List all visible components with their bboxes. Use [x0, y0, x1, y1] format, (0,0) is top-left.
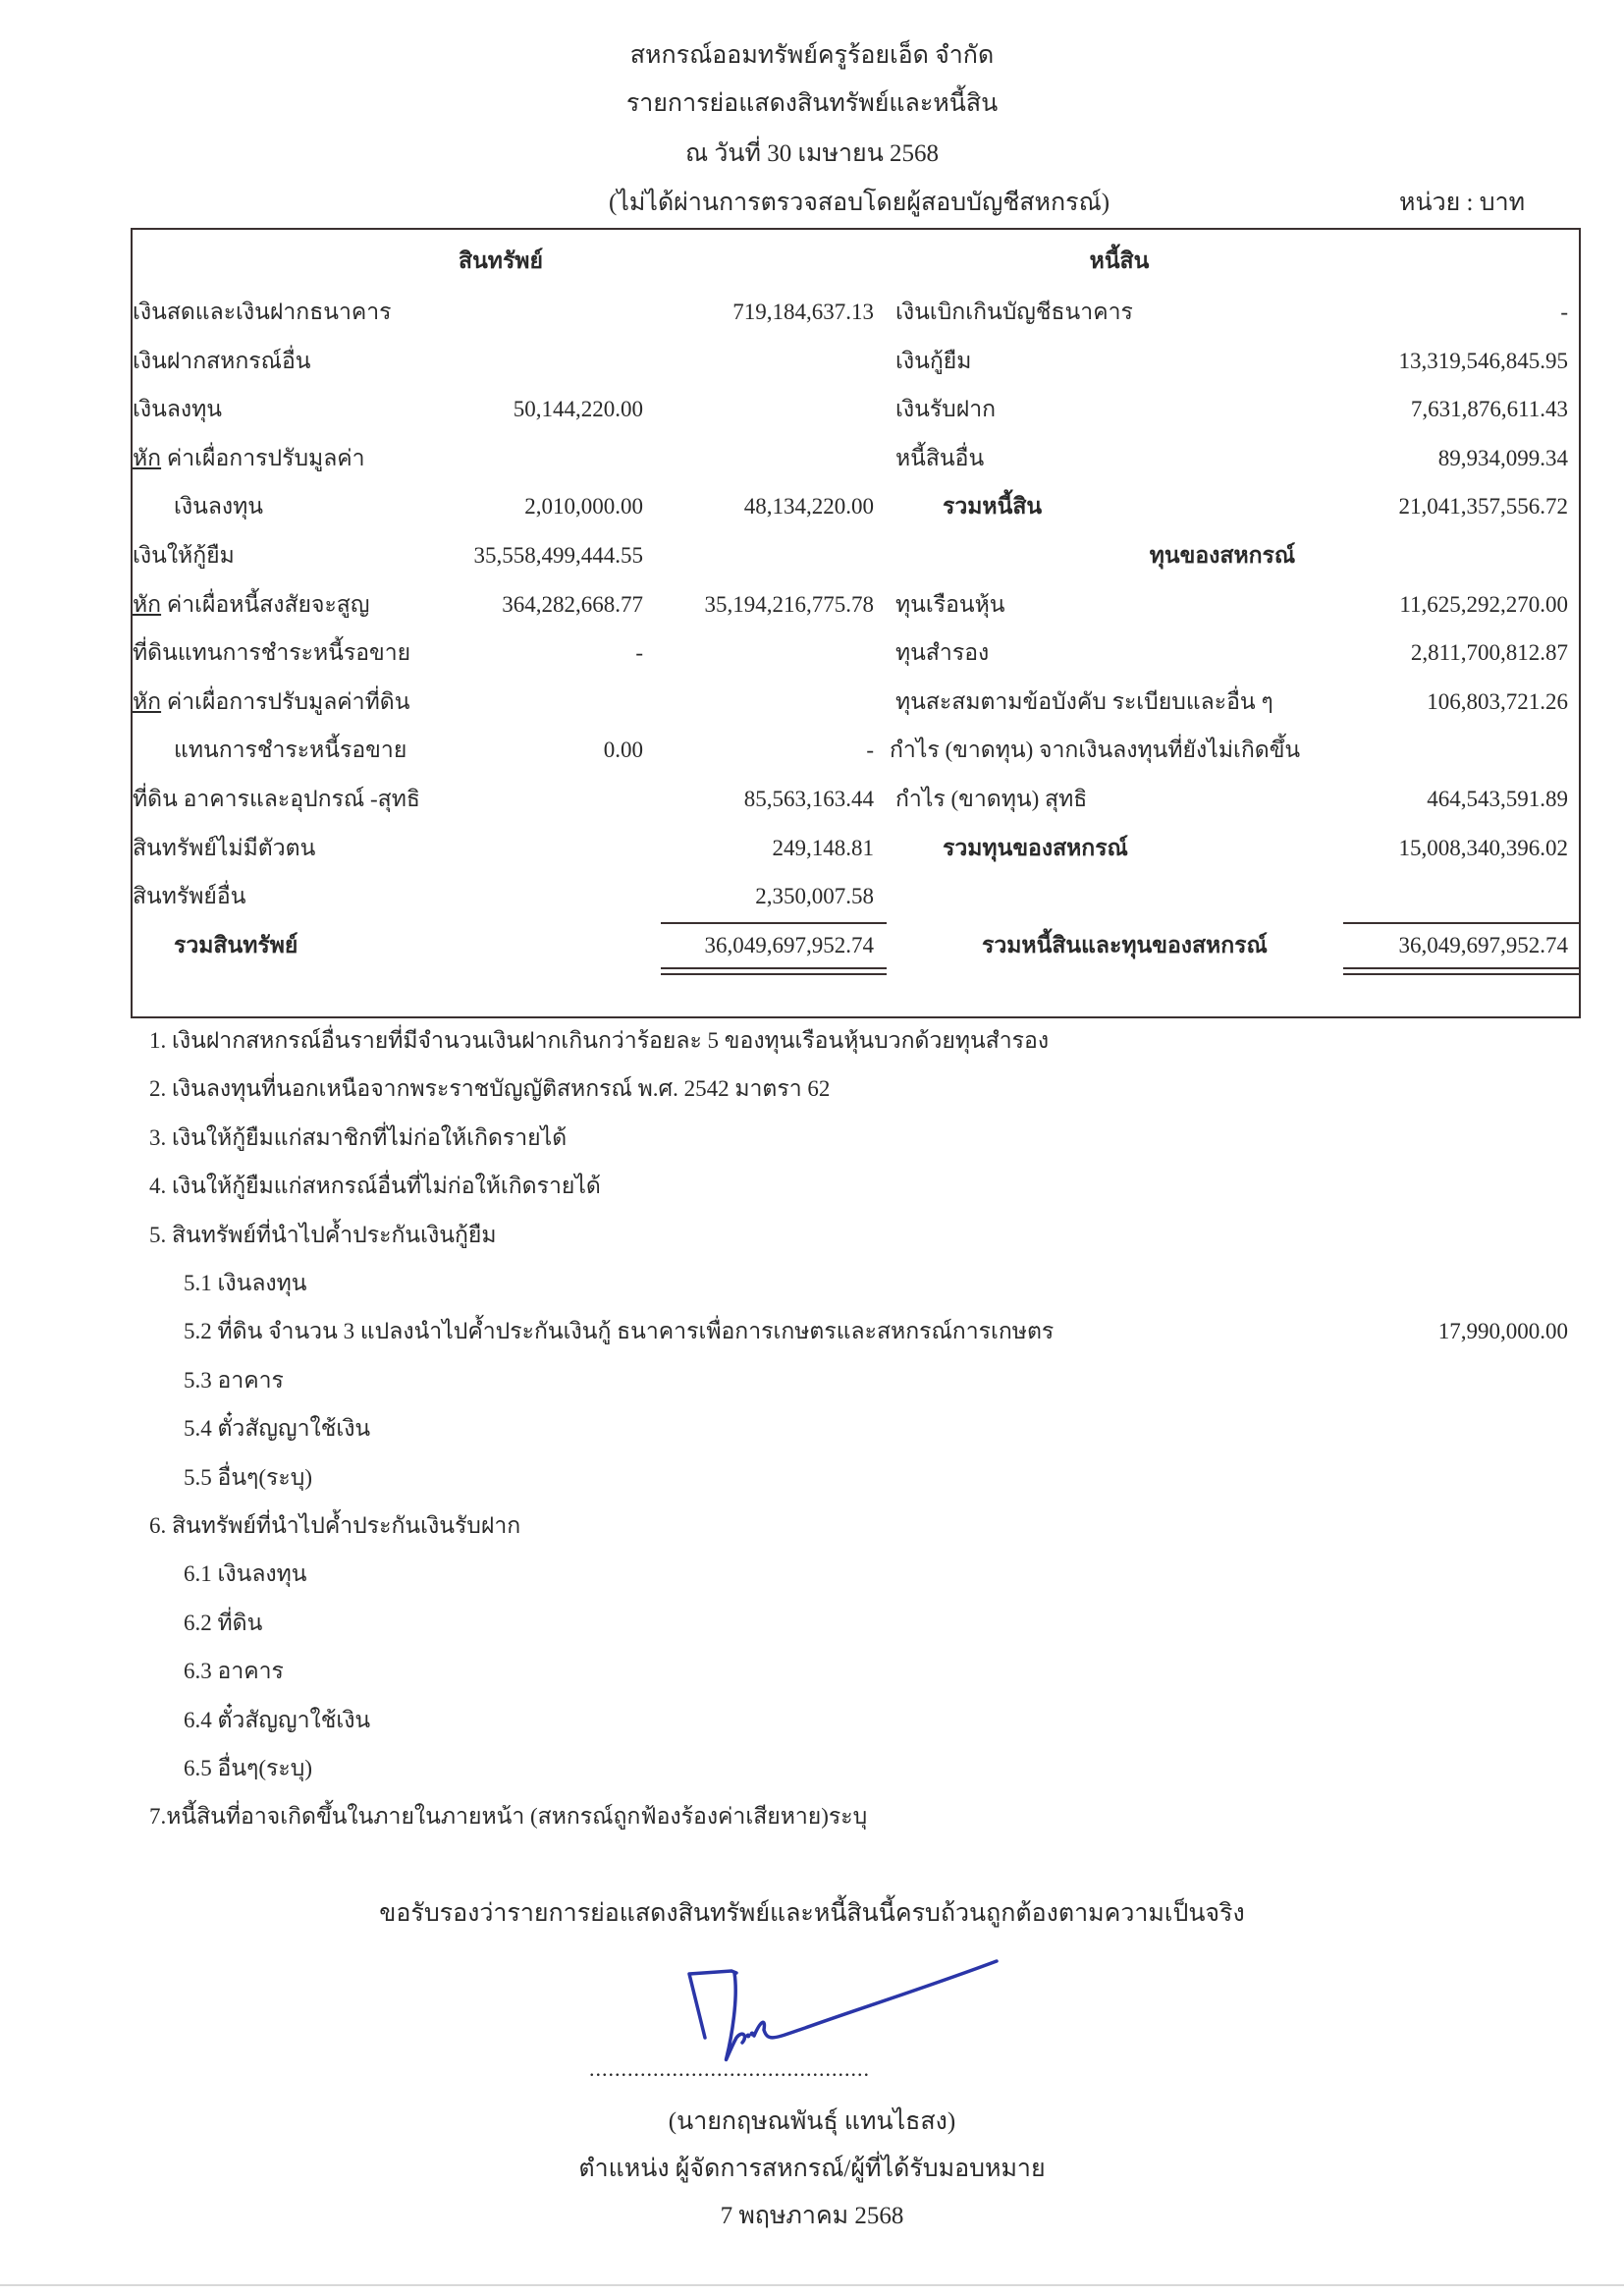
equity-row-value: 11,625,292,270.00 [1273, 591, 1568, 619]
equity-row-label: ทุนสำรอง [895, 639, 989, 667]
asset-col2-value: 85,563,163.44 [619, 786, 874, 813]
asset-row-label: หัก ค่าเผื่อการปรับมูลค่าที่ดิน [133, 688, 409, 716]
report-title: รายการย่อแสดงสินทรัพย์และหนี้สิน [0, 83, 1624, 123]
liabilities-total-label: รวมหนี้สิน [943, 493, 1042, 520]
report-date: ณ วันที่ 30 เมษายน 2568 [0, 134, 1624, 173]
equity-total-label: รวมทุนของสหกรณ์ [943, 835, 1128, 862]
asset-col2-value: 48,134,220.00 [619, 493, 874, 520]
asset-col2-value: 719,184,637.13 [619, 299, 874, 326]
audit-note: (ไม่ได้ผ่านการตรวจสอบโดยผู้สอบบัญชีสหกรณ… [609, 183, 1110, 222]
certification-statement: ขอรับรองว่ารายการย่อแสดงสินทรัพย์และหนี้… [0, 1893, 1624, 1933]
asset-row-label: เงินลงทุน [174, 493, 263, 520]
asset-label-text: แทนการชำระหนี้รอขาย [174, 738, 406, 762]
note-item: 6.5 อื่นๆ(ระบุ) [184, 1755, 312, 1782]
equity-row-value: 464,543,591.89 [1273, 786, 1568, 813]
asset-label-text: ที่ดินแทนการชำระหนี้รอขาย [133, 640, 410, 665]
asset-row-label: สินทรัพย์อื่น [133, 883, 245, 910]
asset-row-label: ที่ดิน อาคารและอุปกรณ์ -สุทธิ [133, 786, 420, 813]
note-item: 5.2 ที่ดิน จำนวน 3 แปลงนำไปค้ำประกันเงิน… [184, 1318, 1054, 1345]
liability-row-value: 7,631,876,611.43 [1273, 396, 1568, 423]
asset-label-text: ค่าเผื่อการปรับมูลค่าที่ดิน [161, 689, 409, 714]
asset-row-label: หัก ค่าเผื่อหนี้สงสัยจะสูญ [133, 591, 369, 619]
asset-label-text: เงินให้กู้ยืม [133, 543, 235, 568]
note-item: 2. เงินลงทุนที่นอกเหนือจากพระราชบัญญัติส… [149, 1075, 830, 1103]
equity-row-value: 106,803,721.26 [1273, 688, 1568, 716]
signature-date: 7 พฤษภาคม 2568 [0, 2196, 1624, 2235]
equity-row-label: ทุนสะสมตามข้อบังคับ ระเบียบและอื่น ๆ [895, 688, 1273, 716]
equity-row-label: ทุนเรือนหุ้น [895, 591, 1005, 619]
equity-row-label: กำไร (ขาดทุน) จากเงินลงทุนที่ยังไม่เกิดข… [890, 737, 1300, 764]
asset-row-label: เงินลงทุน [133, 396, 222, 423]
equity-total-value: 15,008,340,396.02 [1273, 835, 1568, 862]
grand-total-double-rule [1343, 967, 1581, 975]
asset-row-label: เงินสดและเงินฝากธนาคาร [133, 299, 392, 326]
note-item: 5.5 อื่นๆ(ระบุ) [184, 1464, 312, 1492]
asset-col1-value: 0.00 [388, 737, 643, 764]
note-item: 7.หนี้สินที่อาจเกิดขึ้นในภายในภายหน้า (ส… [149, 1803, 867, 1831]
liability-row-value: - [1273, 299, 1568, 326]
liability-row-value: 13,319,546,845.95 [1273, 348, 1568, 375]
asset-label-text: สินทรัพย์ไม่มีตัวตน [133, 836, 315, 860]
deduct-prefix: หัก [133, 592, 161, 617]
liabilities-total-value: 21,041,357,556.72 [1273, 493, 1568, 520]
note-item: 5.3 อาคาร [184, 1367, 284, 1394]
note-item: 6.2 ที่ดิน [184, 1610, 262, 1637]
asset-row-label: เงินให้กู้ยืม [133, 542, 235, 570]
asset-col2-value: 249,148.81 [619, 835, 874, 862]
asset-label-text: ค่าเผื่อหนี้สงสัยจะสูญ [161, 592, 369, 617]
asset-col2-value: - [619, 737, 874, 764]
note-item: 3. เงินให้กู้ยืมแก่สมาชิกที่ไม่ก่อให้เกิ… [149, 1124, 567, 1152]
assets-total-value: 36,049,697,952.74 [619, 932, 874, 959]
asset-col1-value: 364,282,668.77 [388, 591, 643, 619]
note-value: 17,990,000.00 [1273, 1318, 1568, 1345]
asset-col1-value: 35,558,499,444.55 [388, 542, 643, 570]
deduct-prefix: หัก [133, 689, 161, 714]
grand-total-value: 36,049,697,952.74 [1273, 932, 1568, 959]
grand-total-label: รวมหนี้สินและทุนของสหกรณ์ [982, 932, 1268, 959]
note-item: 5.1 เงินลงทุน [184, 1270, 307, 1297]
asset-row-label: สินทรัพย์ไม่มีตัวตน [133, 835, 315, 862]
asset-row-label: ที่ดินแทนการชำระหนี้รอขาย [133, 639, 410, 667]
equity-row-label: กำไร (ขาดทุน) สุทธิ [895, 786, 1087, 813]
asset-col2-value: 2,350,007.58 [619, 883, 874, 910]
signer-position: ตำแหน่ง ผู้จัดการสหกรณ์/ผู้ที่ได้รับมอบห… [0, 2149, 1624, 2188]
note-item: 6. สินทรัพย์ที่นำไปค้ำประกันเงินรับฝาก [149, 1512, 520, 1540]
deduct-prefix: หัก [133, 446, 161, 470]
liability-row-label: เงินเบิกเกินบัญชีธนาคาร [895, 299, 1133, 326]
liability-row-label: เงินกู้ยืม [895, 348, 971, 375]
assets-total-label: รวมสินทรัพย์ [174, 932, 298, 959]
organization-name: สหกรณ์ออมทรัพย์ครูร้อยเอ็ด จำกัด [0, 35, 1624, 75]
asset-row-label: เงินฝากสหกรณ์อื่น [133, 348, 310, 375]
liability-row-label: หนี้สินอื่น [895, 445, 984, 472]
asset-col1-value: - [388, 639, 643, 667]
signer-name: (นายกฤษณพันธุ์ แทนไธสง) [0, 2102, 1624, 2141]
liability-row-label: เงินรับฝาก [895, 396, 996, 423]
assets-total-rule [661, 922, 887, 924]
note-item: 6.1 เงินลงทุน [184, 1560, 307, 1588]
note-item: 4. เงินให้กู้ยืมแก่สหกรณ์อื่นที่ไม่ก่อให… [149, 1173, 601, 1200]
equity-heading: ทุนของสหกรณ์ [1110, 542, 1335, 570]
note-item: 5. สินทรัพย์ที่นำไปค้ำประกันเงินกู้ยืม [149, 1222, 497, 1249]
liabilities-heading: หนี้สิน [1021, 247, 1218, 275]
note-item: 1. เงินฝากสหกรณ์อื่นรายที่มีจำนวนเงินฝาก… [149, 1027, 1049, 1055]
note-item: 6.3 อาคาร [184, 1658, 284, 1685]
asset-label-text: สินทรัพย์อื่น [133, 884, 245, 908]
asset-label-text: ที่ดิน อาคารและอุปกรณ์ -สุทธิ [133, 787, 420, 811]
asset-row-label: หัก ค่าเผื่อการปรับมูลค่า [133, 445, 365, 472]
asset-label-text: เงินลงทุน [174, 494, 263, 519]
assets-total-double-rule [661, 967, 887, 975]
liability-row-value: 89,934,099.34 [1273, 445, 1568, 472]
asset-label-text: เงินลงทุน [133, 397, 222, 421]
grand-total-rule [1343, 922, 1581, 924]
unit-label: หน่วย : บาท [1399, 183, 1525, 222]
asset-row-label: แทนการชำระหนี้รอขาย [174, 737, 406, 764]
note-item: 6.4 ตั๋วสัญญาใช้เงิน [184, 1707, 370, 1734]
signature-line: ........................................… [589, 2056, 870, 2082]
asset-label-text: เงินสดและเงินฝากธนาคาร [133, 300, 392, 324]
assets-heading: สินทรัพย์ [295, 247, 707, 275]
note-item: 5.4 ตั๋วสัญญาใช้เงิน [184, 1415, 370, 1443]
asset-col1-value: 50,144,220.00 [388, 396, 643, 423]
asset-label-text: เงินฝากสหกรณ์อื่น [133, 349, 310, 373]
asset-col1-value: 2,010,000.00 [388, 493, 643, 520]
equity-row-value: 2,811,700,812.87 [1273, 639, 1568, 667]
asset-label-text: ค่าเผื่อการปรับมูลค่า [161, 446, 365, 470]
asset-col2-value: 35,194,216,775.78 [619, 591, 874, 619]
scan-edge-line [0, 2284, 1624, 2286]
